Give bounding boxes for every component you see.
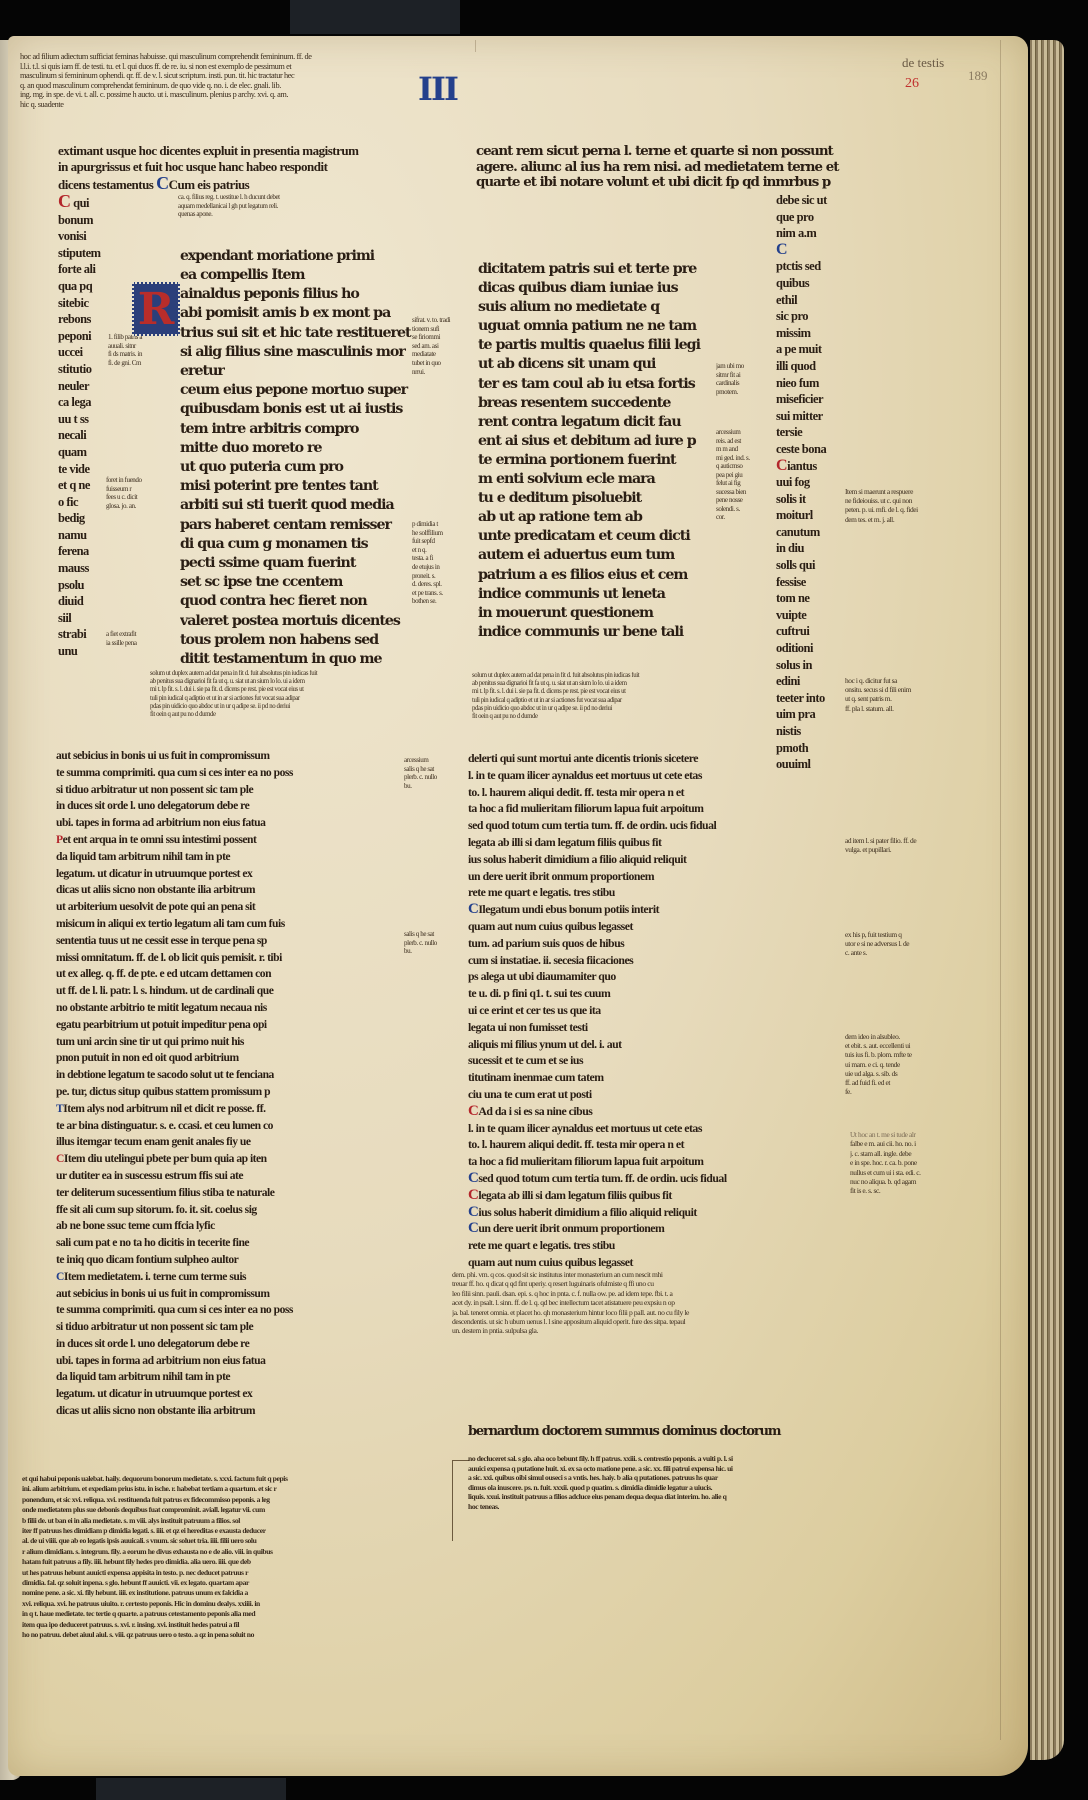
- text-line: uu t ss: [58, 411, 106, 428]
- blue-capital: C: [776, 241, 787, 258]
- text-line: m enti solvium ecle mara: [478, 470, 746, 489]
- gloss-line: felut ai fig: [716, 479, 772, 488]
- gloss-line: foret in fuendo: [106, 476, 170, 485]
- text-line: ubi. tapes in forma ad arbitrium non eiu…: [56, 815, 402, 832]
- gloss-line: item qua ipo deduceret patruus. s. xvi. …: [22, 1620, 414, 1630]
- running-head: de testis: [902, 55, 944, 71]
- text-line: trius sui sit et hic tate restitueret: [180, 324, 412, 343]
- text-line: in debtione legatum te sacodo solut ut t…: [56, 1067, 402, 1084]
- text-line: legata ab illi si dam legatum filiis qui…: [468, 834, 850, 851]
- section-mark-text: III: [418, 70, 457, 108]
- inline-gloss-between-1: sifrat. v. to. tradi tionem sufi se firi…: [412, 316, 464, 376]
- gloss-line: r alium dimidiam. s. integrum. fily. a e…: [22, 1547, 414, 1557]
- gloss-line: mi ged. ind. s.: [716, 454, 772, 463]
- gloss-line: fit oein q aut pu no d dumde: [150, 711, 410, 719]
- right-margin-gloss-1: Item si maerunt a respuere ne fideiouiss…: [845, 487, 970, 524]
- gloss-line: de etujus in: [412, 563, 464, 572]
- red-capital: C: [468, 1187, 478, 1203]
- main-incipit: expendant moriatione primi: [180, 248, 410, 264]
- text-line: sali cum pat e no ta ho dicitis in tecer…: [56, 1235, 402, 1252]
- text-line: siil: [58, 610, 106, 627]
- inline-gloss-between-2: p dimidia t he solffilium fuit sepfd et …: [412, 520, 464, 606]
- gloss-line: jam ubi mo: [716, 362, 772, 371]
- mid-margin-gloss-1: arcessium salis q he sat plerb. c. nullo…: [404, 756, 464, 790]
- text-line: neuler: [58, 378, 106, 395]
- gloss-line: descendentis. ut sic h ubum uenus l. l s…: [452, 1317, 972, 1326]
- gloss-line: q. an quod masculinum comprehendat femin…: [20, 81, 400, 91]
- gloss-line: tuli pin iudical q adiptio et ut in ar s…: [150, 695, 410, 703]
- gloss-line: nuc no aliqua. b. qd agam: [850, 1177, 975, 1186]
- text-line: te vide: [58, 461, 106, 478]
- text-line: stiputem: [58, 245, 106, 262]
- gloss-line: onsitu. secus si d fili enim: [845, 685, 970, 694]
- gloss-line: treuar ff. ho. q dicat q qd fint uperiy.…: [452, 1279, 972, 1288]
- text-line: indice communis ur bene tali: [478, 623, 746, 642]
- text-line: strabi: [58, 626, 106, 643]
- text-line: misi poterint pre tentes tant: [180, 477, 412, 496]
- text-line: forte ali: [58, 261, 106, 278]
- text-line: legatum. ut dicatur in utruumque portest…: [56, 1386, 402, 1403]
- gloss-line: no decluceret sal. s glo. aha oco bebunt…: [468, 1454, 968, 1464]
- gloss-line: plerb. c. nullo: [404, 939, 466, 948]
- gloss-line: hic q. suadente: [20, 100, 400, 110]
- text-line: ca lega: [58, 394, 106, 411]
- gloss-line: fuit sepfd: [412, 537, 464, 546]
- text-line: missi omnitatum. ff. de l. ob licit quis…: [56, 950, 402, 967]
- text-line: dicas ut aliis sicno non obstante ilia a…: [56, 882, 402, 899]
- text-line: te partis multis quaelus filii legi: [478, 336, 746, 355]
- text-line: dicas quibus diam iuniae ius: [478, 279, 746, 298]
- text-span: Item alys nod arbitrum nil et dicit re p…: [63, 1102, 265, 1115]
- text-line: da liquid tam arbitrum nihil tam in pte: [56, 849, 402, 866]
- gloss-line: ini. alium arbitrium. et expediam prius …: [22, 1484, 414, 1494]
- text-line: ut arbiterium uesolvit de pote qui an pe…: [56, 899, 402, 916]
- text-line: CAd da i si es sa nine cibus: [468, 1103, 850, 1120]
- text-span: sed quod totum cum tertia tum. ff. de or…: [478, 1171, 726, 1185]
- text-line: dicas ut aliis sicno non obstante ilia a…: [56, 1403, 402, 1420]
- text-line: rete me quart e legatis. tres stibu: [468, 884, 850, 901]
- left-inline-gloss: ca. q. filius reg. t. uestitue l. h ducu…: [178, 193, 408, 219]
- text-line: a pe muit: [776, 341, 846, 358]
- text-line: mitte duo moreto re: [180, 439, 412, 458]
- gloss-line: in q t. haue medietate. tec tertie q qua…: [22, 1609, 414, 1619]
- gloss-line: sucessa bien: [716, 488, 772, 497]
- text-line: Clegata ab illi si dam legatum filiis qu…: [468, 1187, 850, 1204]
- text-line: cuftrui: [776, 623, 846, 640]
- text-line: tum. ad parium suis quos de hibus: [468, 935, 850, 952]
- text-span: Item diu utelingui pbete per bum quia ap…: [64, 1152, 267, 1165]
- gloss-line: mi t. lp fit. s. l. dui i. sie pa fit. d…: [472, 688, 772, 696]
- gloss-line: dem. phi. vm. q cos. quod sit sic instit…: [452, 1270, 972, 1279]
- gloss-line: hoc i q. dicitur fut sa: [845, 676, 970, 685]
- gloss-line: he solffilium: [412, 529, 464, 538]
- text-line: debe sic ut: [776, 192, 846, 209]
- text-line: sententia tuus ut ne cessit esse in terq…: [56, 933, 402, 950]
- text-line: quarte et ibi notare volunt et ubi dicit…: [476, 175, 852, 191]
- inline-gloss-left-1: 1. filib patris a auuali. sitnr fi ds ma…: [108, 333, 172, 367]
- text-line: unte predicatam et ceum dicti: [478, 527, 746, 546]
- gloss-line: solendi. s.: [716, 505, 772, 514]
- text-line: unu: [58, 643, 106, 660]
- blue-capital: C: [468, 1204, 478, 1220]
- gloss-line: onde medietatem plus sue debonis dequibu…: [22, 1505, 414, 1515]
- text-line: si alig filius sine masculinis moreretur: [180, 343, 412, 381]
- gloss-line: hatam fuit patruus a fily. iiii. hebunt …: [22, 1557, 414, 1567]
- text-line: qui: [73, 196, 89, 210]
- gloss-line: pene nosse: [716, 496, 772, 505]
- text-span: dicens testamentus: [58, 177, 153, 192]
- left-column-top: extimant usque hoc dicentes expluit in p…: [58, 143, 410, 193]
- text-line: dicitatem patris sui et terte pre: [478, 260, 746, 279]
- right-margin-gloss-4: ex his p, fuit testium q utor e si ne ad…: [845, 930, 970, 958]
- text-line: tum uni arcin sine tir ut qui primo nuit…: [56, 1034, 402, 1051]
- gloss-line: masculinum si femininum ophendi. qr. ff.…: [20, 71, 400, 81]
- text-line: ab ne bone ssuc teme cum ffcia lyfic: [56, 1218, 402, 1235]
- text-line: titutinam inenmae cum tatem: [468, 1069, 850, 1086]
- text-line: quam aut num cuius quibus legasset: [468, 1254, 850, 1271]
- gloss-line: fit oein q aut pu no d dumde: [472, 713, 772, 721]
- gloss-line: bu.: [404, 782, 464, 791]
- text-line: ceant rem sicut perna l. terne et quarte…: [476, 144, 852, 160]
- text-span: legata ab illi si dam legatum filiis qui…: [478, 1188, 671, 1202]
- gloss-line: sed am. asi: [412, 342, 464, 351]
- gloss-line: peten. p. ui. rnfi. de l. q. fidei: [845, 505, 970, 514]
- text-line: te summa comprimiti. qua cum si ces inte…: [56, 765, 402, 782]
- top-gloss: hoc ad filium adiectum sufficiat feminas…: [20, 52, 400, 110]
- right-margin-gloss-5: dem ideo in alsubleo. et ebit. s. aut. e…: [845, 1032, 970, 1096]
- text-line: rebons: [58, 311, 106, 328]
- right-margin-gloss-2: hoc i q. dicitur fut sa onsitu. secus si…: [845, 676, 970, 713]
- text-span: ea compellis Item: [180, 267, 305, 283]
- text-line: ethil: [776, 292, 846, 309]
- text-line: moiturl: [776, 507, 846, 524]
- text-line: fessise: [776, 574, 846, 591]
- gloss-line: ad item l. si pater filio. ff. de: [845, 836, 970, 845]
- gloss-line: dem ideo in alsubleo.: [845, 1032, 970, 1041]
- interlinear-gloss-left: solum ut duplex autem ad dat pena in fit…: [150, 670, 410, 719]
- text-line: un dere uerit ibrit onmum proportionem: [468, 868, 850, 885]
- right-main-column-text: dicitatem patris sui et terte pre dicas …: [478, 260, 746, 642]
- text-line: ut ab dicens sit unam qui: [478, 355, 746, 374]
- text-line: uguat omnia patium ne ne tam: [478, 317, 746, 336]
- gloss-line: nullus et cum ui i sta. edi. c.: [850, 1168, 975, 1177]
- gloss-line: a sic. xxi. quibus oibi simul ouseci s a…: [468, 1473, 968, 1483]
- gloss-line: cardinalis: [716, 379, 772, 388]
- quire-mark: 26: [905, 76, 919, 92]
- gloss-line: et n q.: [412, 546, 464, 555]
- text-line: quod contra hec fieret non: [180, 592, 412, 611]
- gloss-line: hoc teneas.: [468, 1502, 968, 1512]
- text-line: nistis: [776, 723, 846, 740]
- gloss-line: tuis ius fi. b. plom. mfte te: [845, 1050, 970, 1059]
- gloss-line: ff. pla l. statum. all.: [845, 704, 970, 713]
- text-line: ut ff. de l. li. patr. l. s. hindum. ut …: [56, 983, 402, 1000]
- gloss-line: tubet in quo: [412, 359, 464, 368]
- text-line: pe. tur, dictus situp quibus stattem pro…: [56, 1084, 402, 1101]
- text-line: breas resentem succedente: [478, 394, 746, 413]
- red-capital: C: [58, 193, 71, 211]
- text-line: l. in te quam ilicer aynaldus eet mortuu…: [468, 1120, 850, 1137]
- interlinear-gloss-right: solum ut duplex autem ad dat pena in fit…: [472, 672, 772, 721]
- gloss-line: ab penitus sua dignarioi fit fa ut q. u.…: [472, 680, 772, 688]
- text-line: sitebic: [58, 295, 106, 312]
- rubric-text: Cum eis patrius: [169, 177, 250, 192]
- initial-letter: R: [138, 284, 175, 335]
- gloss-line: fi. de gni. Cm: [108, 359, 172, 368]
- text-line: si tiduo arbitratur ut non possent sic t…: [56, 1319, 402, 1336]
- blue-capital: C: [468, 901, 478, 917]
- blue-capital: C: [468, 1220, 478, 1236]
- gloss-line: d. deres. spl.: [412, 580, 464, 589]
- text-line: teeter into: [776, 690, 846, 707]
- text-line: pnon putuit in non ed oit quod arbitrium: [56, 1050, 402, 1067]
- red-capital: P: [56, 833, 63, 846]
- gloss-line: leo filii sinn. pauli. dsan. epi. s. q h…: [452, 1289, 972, 1298]
- gloss-line: m m and: [716, 445, 772, 454]
- gloss-line: fees u c. dicit: [106, 493, 170, 502]
- gloss-line: ca. q. filius reg. t. uestitue l. h ducu…: [178, 193, 408, 202]
- red-capital: C: [56, 1152, 64, 1165]
- gloss-line: salis q he sat: [404, 765, 464, 774]
- gloss-line: j. c. stam all. ingle. debe: [850, 1149, 975, 1158]
- text-line: illi quod: [776, 358, 846, 375]
- gloss-line: proneit. s.: [412, 572, 464, 581]
- gloss-line: ff. ad fuid fi. ed et: [845, 1078, 970, 1087]
- gloss-line: tuli pin iudical q adiptio et ut in ar s…: [472, 697, 772, 705]
- text-line: diuid: [58, 593, 106, 610]
- text-line: miseficier: [776, 391, 846, 408]
- gloss-line: pmotem.: [716, 388, 772, 397]
- gloss-line: iter ff patruus hes dimidiam p dimidia l…: [22, 1526, 414, 1536]
- gloss-line: b filii de. ut ban ei in alia medietate.…: [22, 1516, 414, 1526]
- text-line: in diu: [776, 540, 846, 557]
- text-line: solus in: [776, 657, 846, 674]
- bottom-left-gloss: et qui habui peponis ualebat. haily. deq…: [22, 1474, 414, 1641]
- text-line: ditit testamentum in quo me: [180, 650, 412, 669]
- text-line: Cun dere uerit ibrit onmum proportionem: [468, 1220, 850, 1237]
- text-line: te ermina portionem fuerint: [478, 451, 746, 470]
- gloss-line: fit is e. s. sc.: [850, 1186, 975, 1195]
- book-edge-pages: [1030, 40, 1064, 1760]
- gloss-line: ia ssille pena: [106, 639, 170, 648]
- text-line: ciu una te cum erat ut posti: [468, 1086, 850, 1103]
- text-line: legatum. ut dicatur in utruumque portest…: [56, 866, 402, 883]
- text-line: aut sebicius in bonis ui us fuit in comp…: [56, 1286, 402, 1303]
- blue-capital: C: [468, 1170, 478, 1186]
- gloss-line: arcessium: [716, 428, 772, 437]
- gloss-line: Item si maerunt a respuere: [845, 487, 970, 496]
- text-line: vonisi: [58, 228, 106, 245]
- blue-capital: C: [56, 1270, 64, 1283]
- text-line: patrium a es filios eius et cem: [478, 566, 746, 585]
- text-line: suis alium no medietate q: [478, 298, 746, 317]
- text-line: in apurgrissus et fuit hoc usque hanc ha…: [58, 159, 410, 175]
- gloss-line: auuali. sitnr: [108, 342, 172, 351]
- text-line: que pro: [776, 209, 846, 226]
- text-line: et q ne: [58, 477, 106, 494]
- lower-right-main-text: delerti qui sunt mortui ante dicentis tr…: [468, 750, 850, 1271]
- text-line: in duces sit orde l. uno delegatorum deb…: [56, 1336, 402, 1353]
- gloss-line: reis. ad est: [716, 437, 772, 446]
- gloss-line: un. destem in pntia. sulpulsa gla.: [452, 1326, 972, 1335]
- text-line: egatu pearbitrium ut potuit impeditur pe…: [56, 1017, 402, 1034]
- text-line: ptctis sed: [776, 258, 846, 275]
- text-line: CItem medietatem. i. terne cum terme sui…: [56, 1269, 402, 1286]
- text-span: iantus: [787, 459, 817, 473]
- text-line: vuipte: [776, 607, 846, 624]
- gloss-line: liquis. xxui. instituit patruus a filios…: [468, 1492, 968, 1502]
- gloss-line: ja. bal. teneret omnia. et placet ho. qh…: [452, 1308, 972, 1317]
- right-margin-gloss-3: ad item l. si pater filio. ff. de vulga.…: [845, 836, 970, 854]
- gloss-line: se firiommi: [412, 333, 464, 342]
- gloss-line: sitmr fit ai: [716, 371, 772, 380]
- support-tape-top: [290, 0, 460, 34]
- text-line: misicum in aliqui ex tertio legatum ali …: [56, 916, 402, 933]
- text-line: quibus: [776, 275, 846, 292]
- text-line: tem intre arbitris compro: [180, 420, 412, 439]
- text-line: legata ui non fumisset testi: [468, 1019, 850, 1036]
- gloss-line: acet dy. in psalt. l. sinn. ff. de l. q.…: [452, 1298, 972, 1307]
- text-line: rent contra legatum dicit fau: [478, 413, 746, 432]
- red-capital: C: [776, 457, 787, 474]
- gloss-line: ab penitus sua dignarioi fit fa ut q. u.…: [150, 678, 410, 686]
- text-line: sucessit et te cum et se ius: [468, 1052, 850, 1069]
- gloss-line: auuici expensa q putatione huit. xi. ex …: [468, 1464, 968, 1474]
- gloss-line: e in spe. hoc. r. ca. b. pone: [850, 1158, 975, 1167]
- text-line: sic pro: [776, 308, 846, 325]
- gloss-line: cor.: [716, 513, 772, 522]
- gloss-line: l.l.i. t.l. si quis iam ff. de testi. tu…: [20, 62, 400, 72]
- right-margin-gloss-6: Ut hoc an t. me si tude alr falbe e m. a…: [850, 1130, 975, 1196]
- red-capital: C: [468, 1103, 478, 1119]
- text-line: quam: [58, 444, 106, 461]
- gloss-line: sifrat. v. to. tradi: [412, 316, 464, 325]
- gloss-line: c. ante s.: [845, 948, 970, 957]
- gloss-line: pdas pin uidicio quo abdoc ut in ur q ad…: [150, 703, 410, 711]
- left-narrow-column: C qui bonum vonisi stiputem forte ali qu…: [58, 193, 106, 660]
- text-line: cum si instatiae. ii. secesia fiicacione…: [468, 952, 850, 969]
- support-tape-bottom: [96, 1778, 286, 1800]
- text-line: ferena: [58, 543, 106, 560]
- text-line: ui ce erint et cer tes us que ita: [468, 1002, 850, 1019]
- text-line: stitutio: [58, 361, 106, 378]
- text-line: tom ne: [776, 590, 846, 607]
- text-line: ffe sit ali cum sup sitorum. fo. it. sit…: [56, 1202, 402, 1219]
- text-line: aut sebicius in bonis ui us fuit in comp…: [56, 748, 402, 765]
- text-line: ent ai sius et debitum ad iure p: [478, 432, 746, 451]
- text-line: ta hoc a fid mulieritam filiorum lapua f…: [468, 1153, 850, 1170]
- gloss-line: ho no patruu. debet aiuul aiul. s. viii.…: [22, 1630, 414, 1640]
- gloss-line: ut hes patruus hebunt auuicti expensa ap…: [22, 1568, 414, 1578]
- section-mark: III: [418, 70, 457, 108]
- text-line: ab ut ap ratione tem ab: [478, 508, 746, 527]
- gloss-line: testa. a fi: [412, 554, 464, 563]
- text-line: ter deliterum sucessentium filius stiba …: [56, 1185, 402, 1202]
- main-column-text: ea compellis Item ainaldus peponis filiu…: [180, 266, 412, 669]
- decorated-initial-r: R: [132, 282, 180, 336]
- text-line: da liquid tam arbitrum nihil tam in pte: [56, 1369, 402, 1386]
- text-line: pecti ssime quam fuerint: [180, 554, 412, 573]
- text-line: sed quod totum cum tertia tum. ff. de or…: [468, 817, 850, 834]
- gloss-line: fe.: [845, 1087, 970, 1096]
- gloss-line: dimus ola inuscere. ps. n. fuit. xxxii. …: [468, 1483, 968, 1493]
- text-line: illus itemgar tecum enam genit anales fi…: [56, 1134, 402, 1151]
- text-line: abi pomisit amis b ex mont pa: [180, 304, 412, 323]
- text-line: sui mitter: [776, 408, 846, 425]
- text-line: ainaldus peponis filius ho: [180, 285, 412, 304]
- inline-gloss-left-3: a fiet extrafit ia ssille pena: [106, 630, 170, 647]
- gloss-line: fi ds matris. in: [108, 350, 172, 359]
- text-line: CItem diu utelingui pbete per bum quia a…: [56, 1151, 402, 1168]
- inline-gloss-left-2: foret in fuendo fuisseum r fees u c. dic…: [106, 476, 170, 510]
- gloss-bracket: [452, 1460, 469, 1541]
- text-line: no obstante arbitrio te mitit legatum ne…: [56, 1000, 402, 1017]
- text-line: set sc ipse tne ccentem: [180, 573, 412, 592]
- text-line: namu: [58, 527, 106, 544]
- gloss-line: tionem sufi: [412, 325, 464, 334]
- left-gloss-body: aut sebicius in bonis ui us fuit in comp…: [56, 748, 402, 1420]
- text-line: canutum: [776, 524, 846, 541]
- text-line: bedig: [58, 510, 106, 527]
- gloss-line: xvi. reliqua. xvi. he patruus uiuito. r.…: [22, 1599, 414, 1609]
- gloss-line: dem tes. et m. j. all.: [845, 515, 970, 524]
- gloss-line: q auticmso: [716, 462, 772, 471]
- text-span: et ent arqua in te omni ssu intestimi po…: [63, 833, 257, 846]
- ruling-line: [475, 40, 476, 52]
- text-line: pars haberet centam remisser: [180, 516, 412, 535]
- rubric-capital: C: [156, 173, 169, 193]
- text-line: C: [776, 242, 846, 259]
- ruling-line: [1000, 40, 1001, 1740]
- text-line: peponi: [58, 328, 106, 345]
- gloss-line: utor e si ne adversus l. de: [845, 939, 970, 948]
- text-line: dicens testamentus CCum eis patrius: [58, 175, 410, 193]
- text-line: Ciantus: [776, 458, 846, 475]
- text-line: delerti qui sunt mortui ante dicentis tr…: [468, 750, 850, 767]
- bottom-right-gloss: no decluceret sal. s glo. aha oco bebunt…: [468, 1454, 968, 1512]
- text-line: ps alega ut ubi diaumamiter quo: [468, 968, 850, 985]
- text-line: Csed quod totum cum tertia tum. ff. de o…: [468, 1170, 850, 1187]
- gloss-line: et qui habui peponis ualebat. haily. deq…: [22, 1474, 414, 1484]
- gloss-line: ponendum, et sic xvi. reliqua. xvi. rest…: [22, 1495, 414, 1505]
- text-line: arbiti sui sti tuerit quod media: [180, 496, 412, 515]
- text-line: valeret postea mortuis dicentes: [180, 612, 412, 631]
- text-line: ea compellis Item: [180, 266, 412, 285]
- text-span: ius solus haberit dimidium a filio aliqu…: [478, 1205, 696, 1219]
- text-line: nieo fum: [776, 375, 846, 392]
- text-line: uui fog: [776, 474, 846, 491]
- text-line: oditioni: [776, 640, 846, 657]
- right-narrow-column: debe sic ut que pro nim a.m C ptctis sed…: [776, 192, 846, 773]
- gloss-line: al. de ui viiii. que ab eo legatis ipsis…: [22, 1536, 414, 1546]
- text-line: solis it: [776, 491, 846, 508]
- gloss-line: Ut hoc an t. me si tude alr: [850, 1130, 975, 1139]
- gloss-line: pdas pin uidicio quo abdoc ut in ur q ad…: [472, 705, 772, 713]
- text-line: te summa comprimiti. qua cum si ces inte…: [56, 1302, 402, 1319]
- gloss-line: glosa. jo. an.: [106, 502, 170, 511]
- text-line: autem ei aduertus eum tum: [478, 546, 746, 565]
- text-line: tous prolem non habens sed: [180, 631, 412, 650]
- text-line: TItem alys nod arbitrum nil et dicit re …: [56, 1101, 402, 1118]
- gloss-line: solum ut duplex autem ad dat pena in fit…: [150, 670, 410, 678]
- text-line: in mouerunt questionem: [478, 604, 746, 623]
- text-line: solls qui: [776, 557, 846, 574]
- text-line: indice communis ut leneta: [478, 585, 746, 604]
- gloss-line: salis q he sat: [404, 930, 466, 939]
- gloss-line: mediatate: [412, 350, 464, 359]
- gloss-line: mi t. lp fit. s. l. dui i. sie pa fit. d…: [150, 686, 410, 694]
- text-line: qua pq: [58, 278, 106, 295]
